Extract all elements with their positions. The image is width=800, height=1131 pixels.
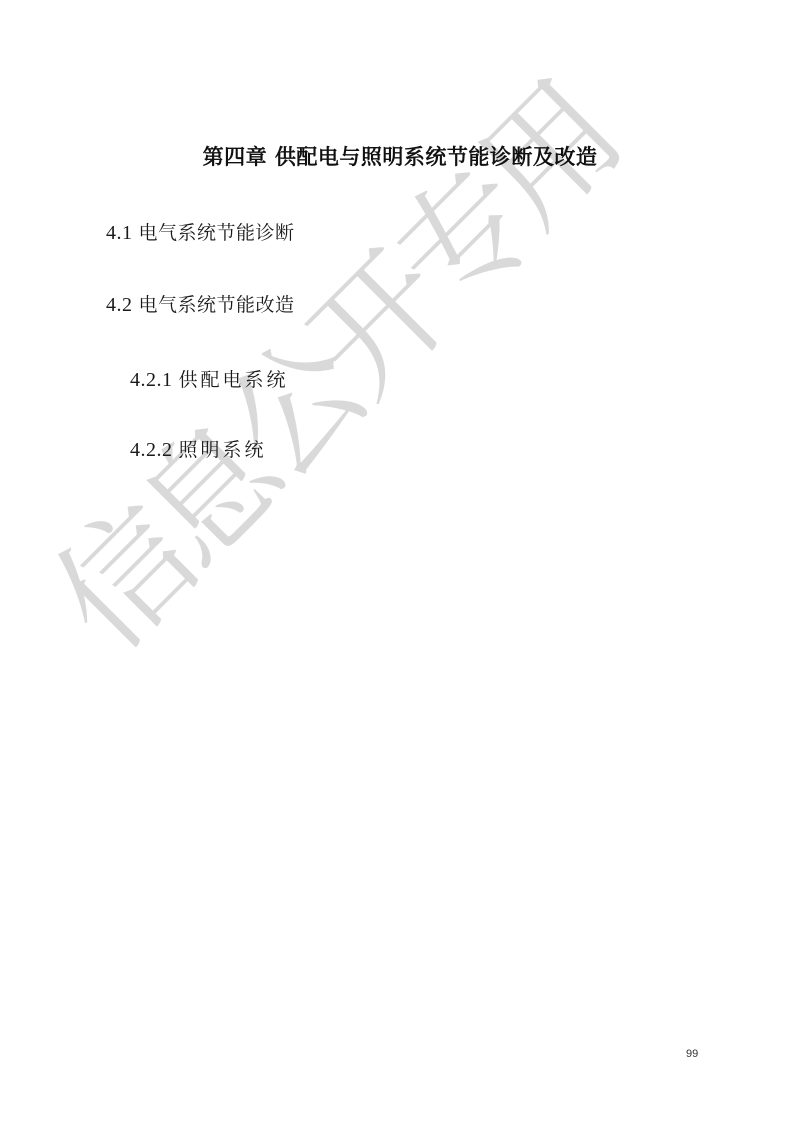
section-label: 电气系统节能改造 — [139, 294, 295, 316]
document-page: 信息公开专用 第四章 供配电与照明系统节能诊断及改造 4.1电气系统节能诊断 4… — [0, 0, 800, 1131]
section-label: 供配电系统 — [179, 369, 289, 391]
subsection-heading-4-2-1: 4.2.1供配电系统 — [130, 365, 289, 392]
subsection-heading-4-2-2: 4.2.2照明系统 — [130, 435, 267, 462]
section-heading-4-1: 4.1电气系统节能诊断 — [106, 218, 295, 245]
section-label: 照明系统 — [179, 439, 267, 461]
section-number: 4.2 — [106, 294, 133, 316]
section-heading-4-2: 4.2电气系统节能改造 — [106, 290, 295, 317]
chapter-title: 第四章 供配电与照明系统节能诊断及改造 — [0, 141, 800, 171]
section-number: 4.2.1 — [130, 369, 173, 391]
section-number: 4.2.2 — [130, 439, 173, 461]
section-label: 电气系统节能诊断 — [139, 222, 295, 244]
watermark: 信息公开专用 — [31, 38, 667, 674]
section-number: 4.1 — [106, 222, 133, 244]
page-number: 99 — [686, 1048, 698, 1060]
